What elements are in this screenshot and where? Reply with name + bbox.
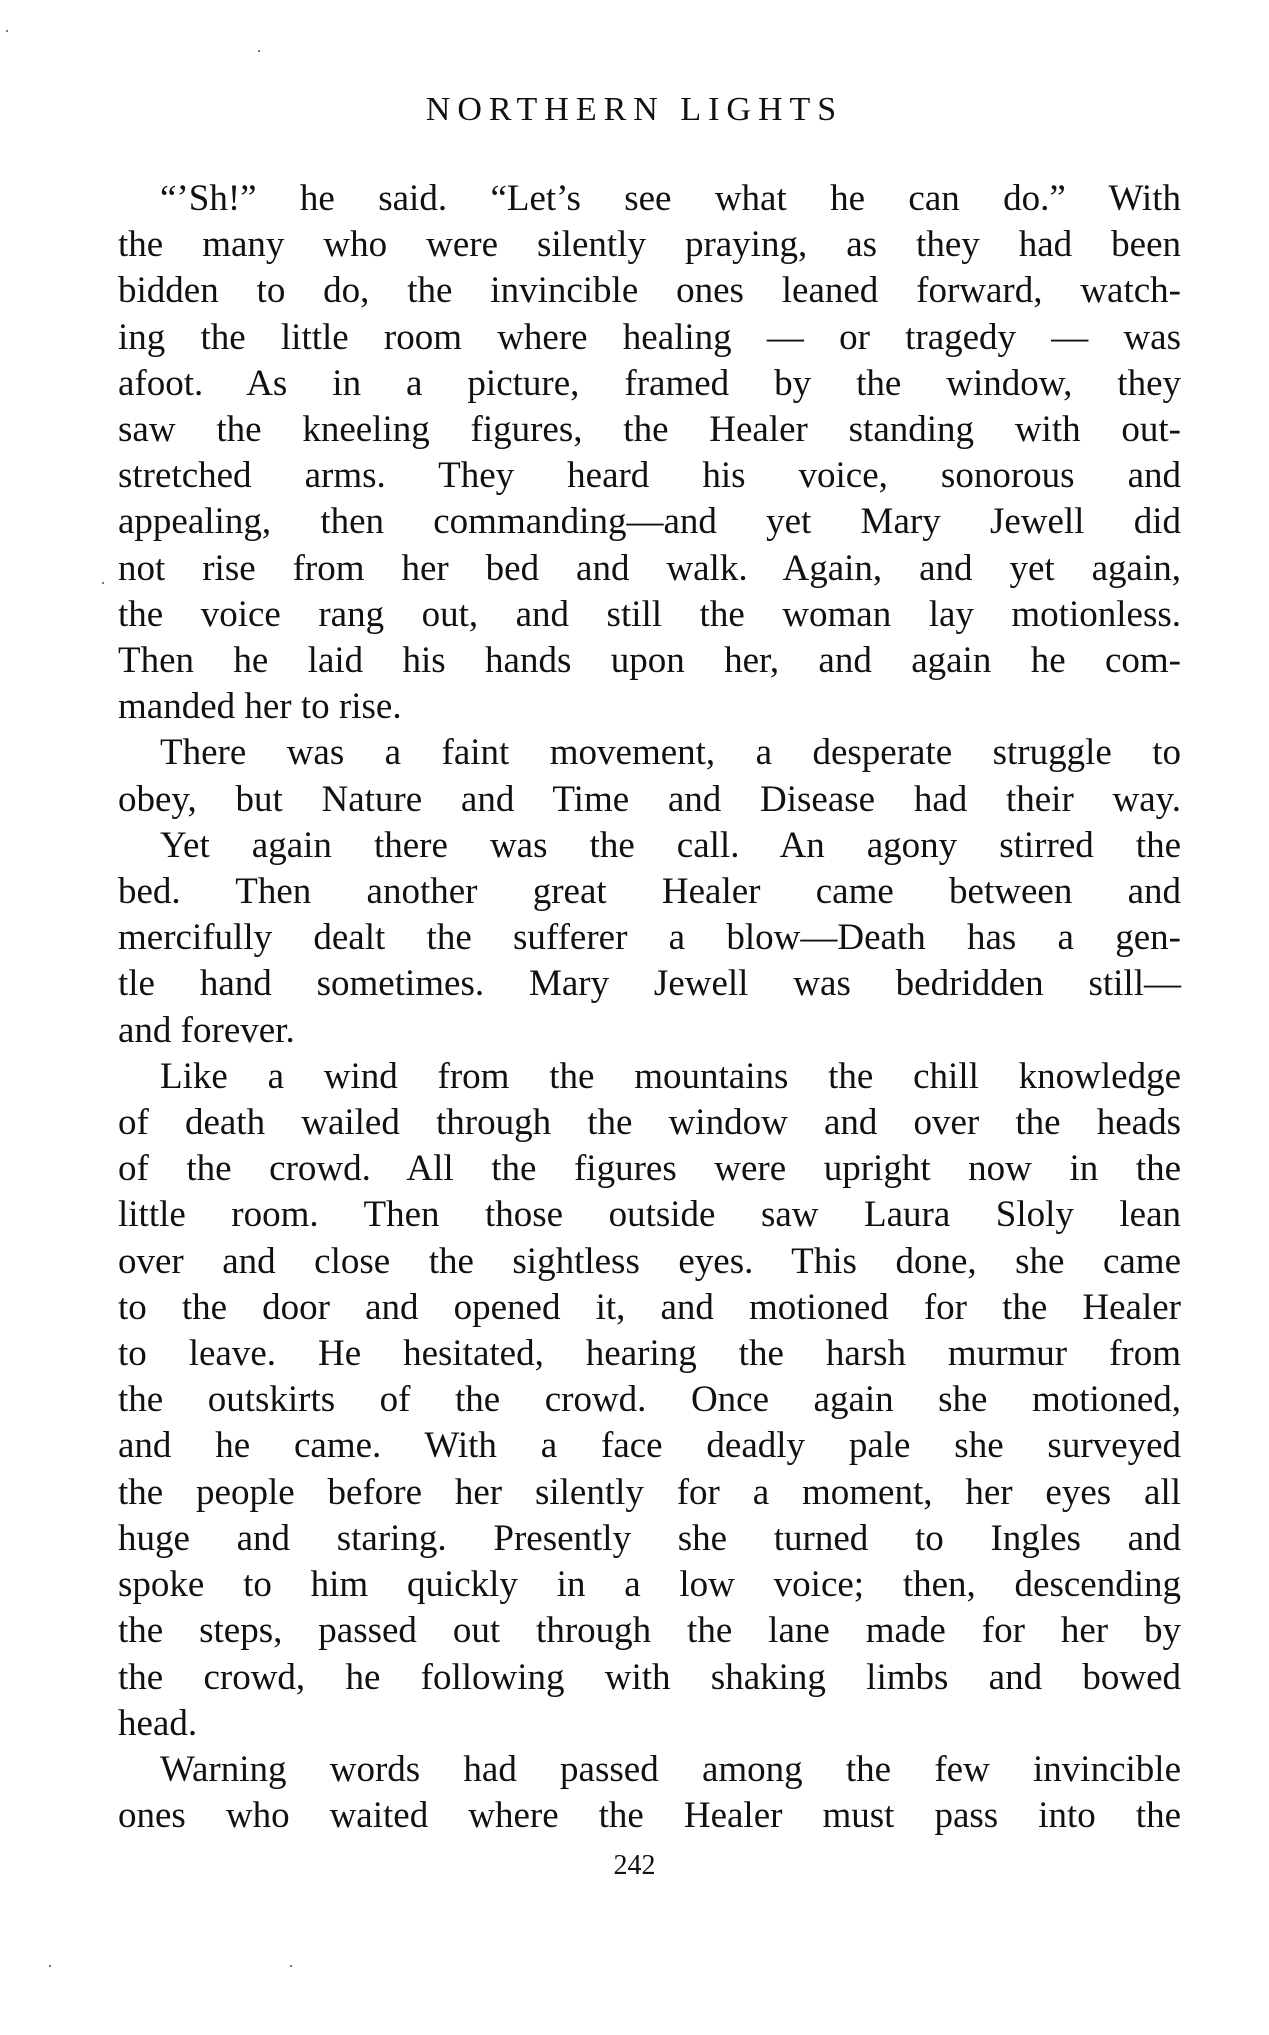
text-line: Then he laid his hands upon her, and aga… [118,638,1181,684]
text-line: not rise from her bed and walk. Again, a… [118,546,1181,592]
text-line: little room. Then those outside saw Laur… [118,1192,1181,1238]
scan-speck [290,1965,292,1967]
text-line: manded her to rise. [118,684,1181,730]
text-line: afoot. As in a picture, framed by the wi… [118,361,1181,407]
text-line: There was a faint movement, a desperate … [118,730,1181,776]
text-line: huge and staring. Presently she turned t… [118,1516,1181,1562]
text-line: the outskirts of the crowd. Once again s… [118,1377,1181,1423]
text-line: spoke to him quickly in a low voice; the… [118,1562,1181,1608]
text-line: over and close the sightless eyes. This … [118,1239,1181,1285]
text-line: the people before her silently for a mom… [118,1470,1181,1516]
scan-speck [102,582,104,584]
text-line: to the door and opened it, and motioned … [118,1285,1181,1331]
text-line: to leave. He hesitated, hearing the hars… [118,1331,1181,1377]
text-line: the voice rang out, and still the woman … [118,592,1181,638]
text-line: of death wailed through the window and o… [118,1100,1181,1146]
text-line: stretched arms. They heard his voice, so… [118,453,1181,499]
paragraph: There was a faint movement, a desperate … [118,730,1181,822]
text-line: “’Sh!” he said. “Let’s see what he can d… [118,176,1181,222]
text-line: and forever. [118,1008,1181,1054]
text-line: bed. Then another great Healer came betw… [118,869,1181,915]
text-line: the steps, passed out through the lane m… [118,1608,1181,1654]
text-line: obey, but Nature and Time and Disease ha… [118,777,1181,823]
paragraph: Yet again there was the call. An agony s… [118,823,1181,1054]
text-line: Warning words had passed among the few i… [118,1747,1181,1793]
text-line: of the crowd. All the figures were uprig… [118,1146,1181,1192]
text-line: Like a wind from the mountains the chill… [118,1054,1181,1100]
scan-speck [49,1965,51,1967]
text-line: and he came. With a face deadly pale she… [118,1423,1181,1469]
paragraph: Like a wind from the mountains the chill… [118,1054,1181,1747]
text-line: head. [118,1701,1181,1747]
body-text: “’Sh!” he said. “Let’s see what he can d… [118,176,1181,1839]
paragraph: “’Sh!” he said. “Let’s see what he can d… [118,176,1181,730]
scan-speck [6,30,8,32]
running-head: NORTHERN LIGHTS [0,88,1269,132]
text-line: saw the kneeling figures, the Healer sta… [118,407,1181,453]
text-line: appealing, then commanding—and yet Mary … [118,499,1181,545]
text-line: the many who were silently praying, as t… [118,222,1181,268]
text-line: Yet again there was the call. An agony s… [118,823,1181,869]
text-line: ones who waited where the Healer must pa… [118,1793,1181,1839]
text-line: tle hand sometimes. Mary Jewell was bedr… [118,961,1181,1007]
text-line: the crowd, he following with shaking lim… [118,1655,1181,1701]
text-line: mercifully dealt the sufferer a blow—Dea… [118,915,1181,961]
scan-speck [258,50,260,52]
paragraph: Warning words had passed among the few i… [118,1747,1181,1839]
text-line: bidden to do, the invincible ones leaned… [118,268,1181,314]
page-number: 242 [0,1848,1269,1884]
text-line: ing the little room where healing — or t… [118,315,1181,361]
